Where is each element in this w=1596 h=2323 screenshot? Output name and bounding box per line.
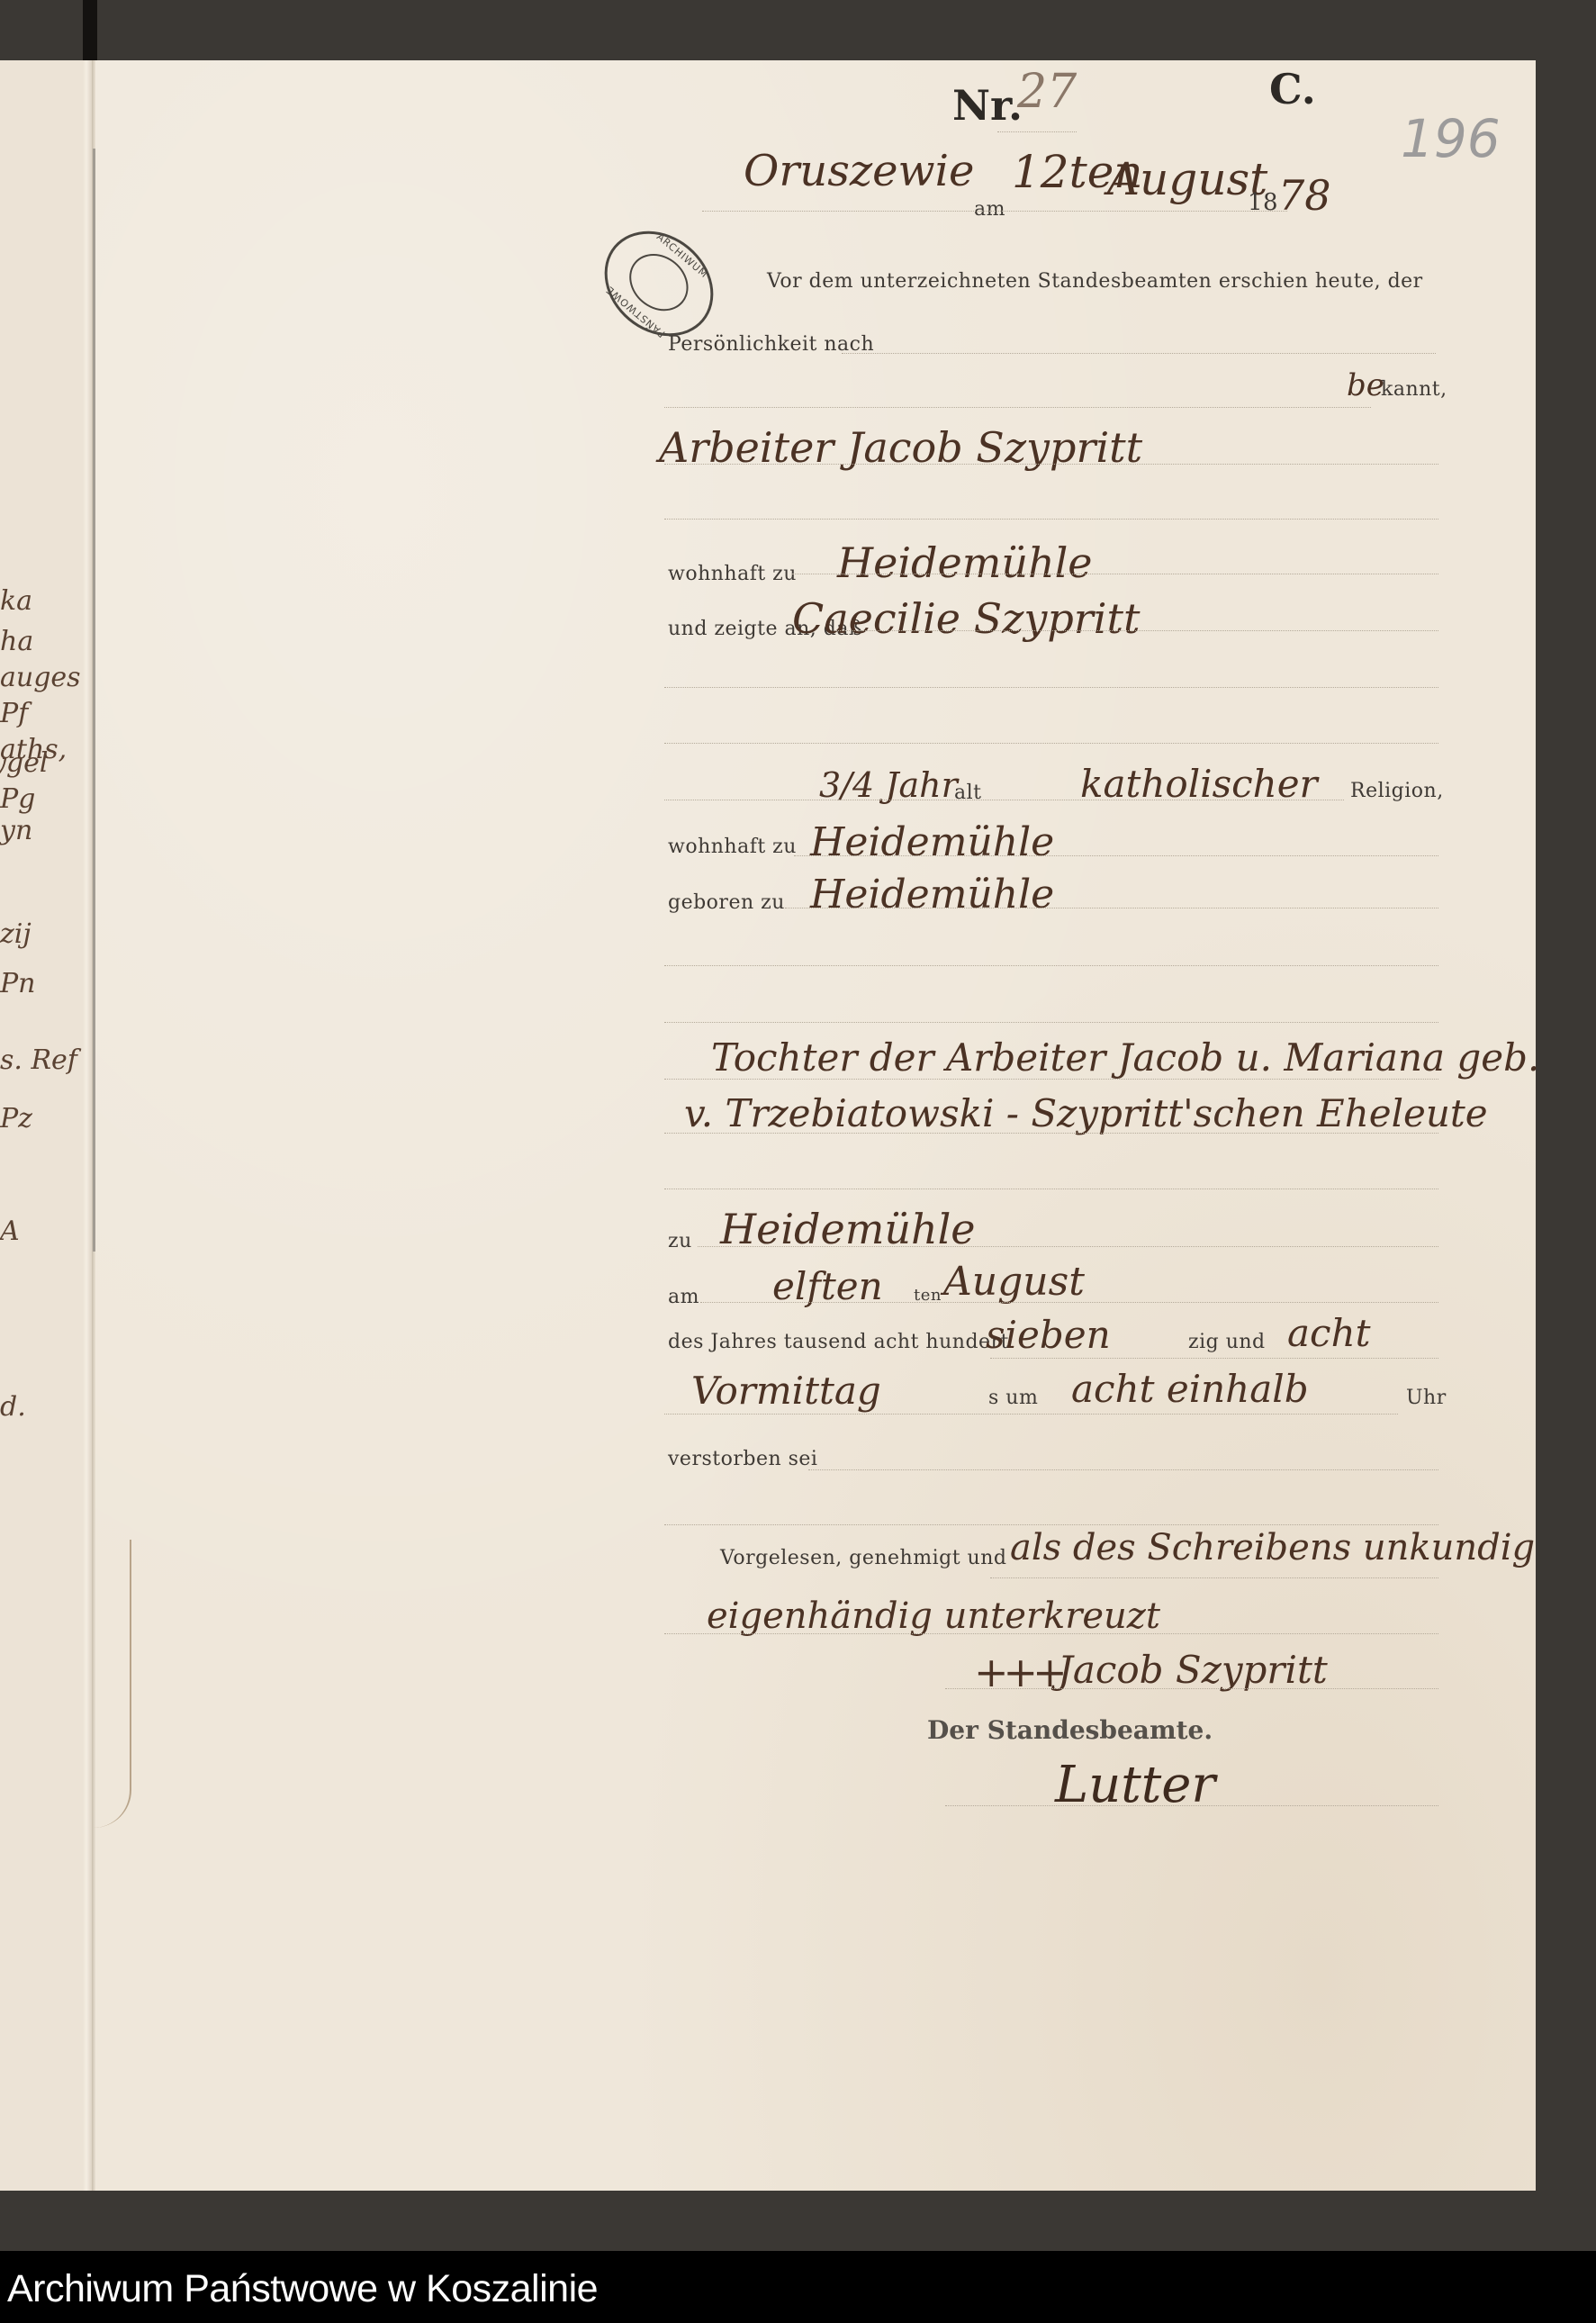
geboren-label: geboren zu	[668, 891, 785, 914]
residence-line	[792, 574, 1438, 574]
residence-line-2	[794, 855, 1438, 856]
parents-rule-2	[664, 1133, 1438, 1134]
left-page-fragment: s. Ref	[0, 1044, 86, 1076]
zu-label: zu	[668, 1230, 692, 1252]
archive-name: Archiwum Państwowe w Koszalinie	[7, 2267, 598, 2311]
wohnhaft-label: wohnhaft zu	[668, 563, 797, 585]
left-page-fragment: ka	[0, 585, 86, 617]
blank-line	[664, 1189, 1438, 1189]
blank-line	[664, 519, 1438, 520]
left-page-fragment: d.	[0, 1391, 86, 1423]
verstorben-line	[808, 1469, 1438, 1470]
left-page-fragment: auges	[0, 662, 86, 693]
verstorben-label: verstorben sei	[668, 1448, 817, 1470]
kannt-line	[664, 407, 1371, 408]
footer-bar: Archiwum Państwowe w Koszalinie	[0, 2251, 1596, 2323]
birthplace: Heidemühle	[810, 872, 1054, 917]
blank-line	[664, 687, 1438, 688]
form-letter: C.	[1269, 65, 1316, 113]
number-label: Nr.	[952, 81, 1023, 130]
birthplace-line	[785, 908, 1438, 908]
deceased-residence: Heidemühle	[810, 819, 1054, 865]
informant-line	[664, 464, 1438, 465]
death-place-line	[698, 1246, 1438, 1247]
death-month: August	[943, 1259, 1085, 1305]
am-label-2: am	[668, 1286, 699, 1308]
closing-rule-2	[664, 1633, 1438, 1634]
number-line	[997, 131, 1077, 132]
registry-place: Oruszewie	[744, 146, 974, 196]
intro-line: Vor dem unterzeichneten Standesbeamten e…	[767, 270, 1423, 293]
entry-number: 27	[1017, 65, 1077, 119]
parents-rule-1	[664, 1079, 1438, 1080]
left-page-fragment: A	[0, 1216, 86, 1247]
left-page-fragment: Pn	[0, 968, 86, 999]
informant-residence: Heidemühle	[837, 538, 1093, 587]
binding-gap	[83, 0, 97, 60]
closing-line-1: als des Schreibens unkundig	[1010, 1527, 1535, 1568]
pencil-folio-number: 196	[1401, 108, 1501, 169]
year-prefix: 18	[1248, 189, 1278, 216]
left-page-fragment: Pz	[0, 1103, 86, 1134]
left-page-fragment: ygel	[0, 747, 77, 779]
parents-line-1: Tochter der Arbeiter Jacob u. Mariana ge…	[711, 1035, 1539, 1080]
time-of-day: Vormittag	[691, 1369, 881, 1413]
wohnhaft-label-2: wohnhaft zu	[668, 836, 797, 858]
am-label: am	[974, 198, 1005, 221]
closing-rule-1	[990, 1577, 1438, 1578]
alt-label: alt	[954, 782, 982, 804]
year-units: acht	[1287, 1311, 1371, 1355]
age-religion-line	[664, 800, 1344, 800]
binding-thread	[93, 149, 95, 1252]
left-page-fragment: ha	[0, 626, 86, 657]
registry-year: 78	[1278, 171, 1331, 220]
blank-line	[664, 965, 1438, 966]
deceased-name: Caecilie Szypritt	[792, 594, 1140, 643]
blank-line	[664, 1022, 1438, 1023]
left-page-fragment: Pg	[0, 783, 86, 815]
registry-month: August	[1107, 153, 1267, 205]
date-line	[702, 211, 1287, 212]
left-page-fragment: zij	[0, 918, 86, 950]
deceased-line	[835, 630, 1438, 631]
death-hour: acht einhalb	[1071, 1367, 1309, 1411]
registrar-line	[945, 1805, 1438, 1806]
blank-line	[664, 743, 1438, 744]
blank-line	[664, 1524, 1438, 1525]
kannt-label: kannt,	[1381, 378, 1447, 401]
signatory-name: Jacob Szypritt	[1058, 1648, 1328, 1692]
vorgelesen-label: Vorgelesen, genehmigt und	[720, 1547, 1006, 1569]
registrar-label: Der Standesbeamte.	[927, 1715, 1213, 1745]
time-line	[664, 1414, 1398, 1415]
closing-line-2: eigenhändig unterkreuzt	[707, 1595, 1160, 1637]
death-date-line	[700, 1302, 1438, 1303]
year-tens: sieben	[986, 1313, 1111, 1357]
year-line	[990, 1358, 1438, 1359]
parents-line-2: v. Trzebiatowski - Szypritt'schen Eheleu…	[684, 1091, 1488, 1135]
uhr-label: Uhr	[1406, 1387, 1447, 1409]
loose-thread	[94, 1540, 131, 1828]
kannt-prefix: be	[1347, 367, 1384, 403]
zig-und-label: zig und	[1188, 1331, 1266, 1353]
left-page-fragment: Pf	[0, 698, 86, 729]
s-um-label: s um	[988, 1387, 1038, 1409]
identity-line	[842, 353, 1436, 354]
religion-label: Religion,	[1350, 780, 1444, 802]
signature-line	[945, 1688, 1438, 1689]
jahres-label: des Jahres tausend acht hundert	[668, 1331, 1009, 1353]
left-page-fragment: yn	[0, 815, 86, 846]
